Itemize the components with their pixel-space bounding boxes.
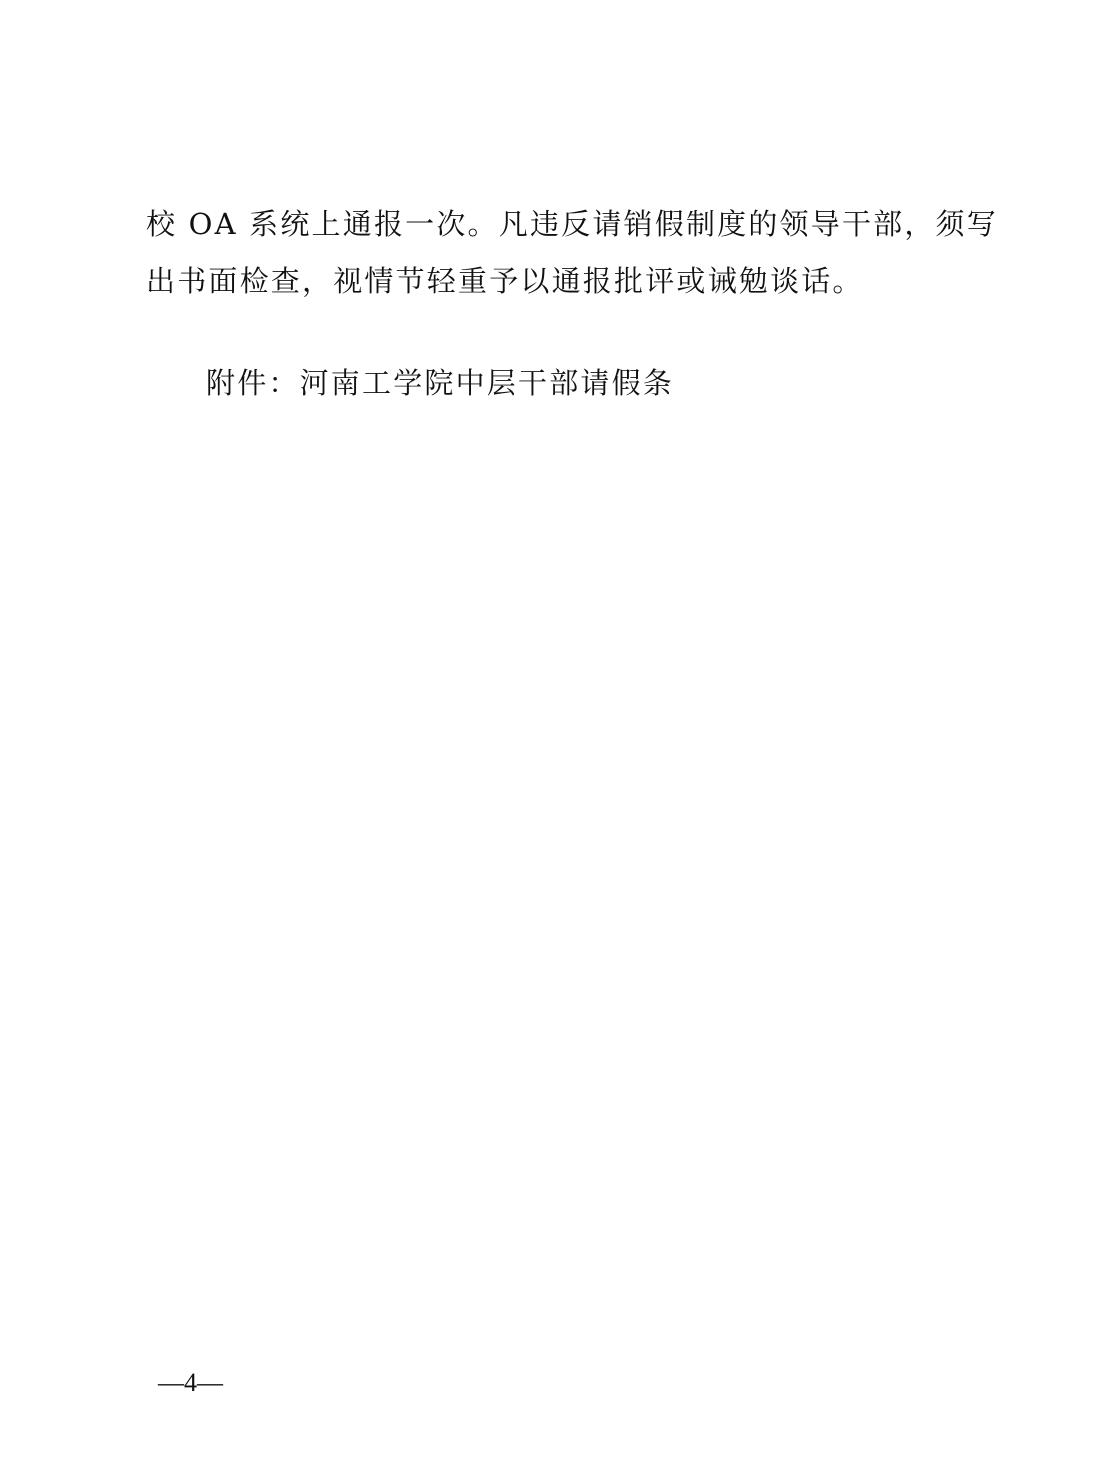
document-page: 校 OA 系统上通报一次。凡违反请销假制度的领导干部，须写 出书面检查，视情节轻…	[0, 0, 1095, 1479]
page-number: —4—	[158, 1368, 223, 1398]
body-text-line-2: 出书面检查，视情节轻重予以通报批评或诫勉谈话。	[146, 261, 864, 301]
body-text-line-1: 校 OA 系统上通报一次。凡违反请销假制度的领导干部，须写	[146, 204, 998, 244]
attachment-note: 附件：河南工学院中层干部请假条	[206, 363, 674, 403]
